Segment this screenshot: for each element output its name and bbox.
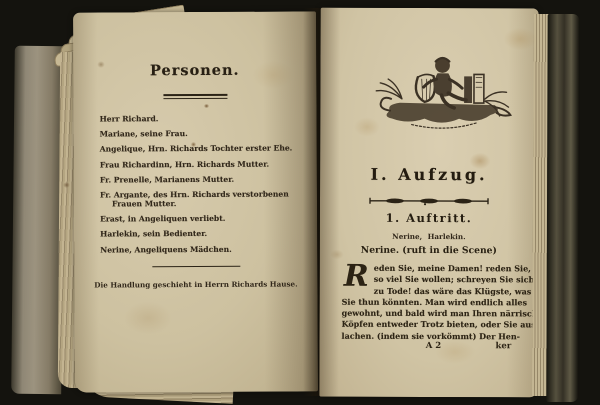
act-heading: I. Aufzug. bbox=[320, 165, 538, 185]
book-cover-left bbox=[11, 46, 65, 395]
drop-cap-initial: R bbox=[344, 262, 369, 292]
character-entry: Frau Richardinn, Hrn. Richards Mutter. bbox=[100, 159, 303, 169]
speech-line: zu Tode! das wäre das Klügste, was bbox=[342, 285, 540, 297]
putto-vignette-icon bbox=[370, 48, 518, 141]
speech-paragraph: R eden Sie, meine Damen! reden Sie, so v… bbox=[342, 263, 540, 343]
setting-note: Die Handlung geschieht in Herrn Richards… bbox=[74, 279, 317, 289]
left-page: Personen. Herr Richard. Mariane, seine F… bbox=[73, 11, 318, 392]
character-entry: Herr Richard. bbox=[100, 113, 303, 123]
separator-rule bbox=[152, 266, 240, 267]
character-entry: Mariane, seine Frau. bbox=[100, 129, 303, 139]
speech-line: eden Sie, meine Damen! reden Sie, bbox=[342, 263, 540, 275]
book-photo: Personen. Herr Richard. Mariane, seine F… bbox=[0, 0, 600, 405]
double-rule bbox=[163, 94, 227, 99]
character-entry: Angelique, Hrn. Richards Tochter erster … bbox=[100, 144, 303, 154]
scene-characters: Nerine, Harlekin. bbox=[320, 232, 538, 242]
catchword: ker bbox=[495, 341, 511, 351]
speech-line: Köpfen entweder Trotz bieten, oder Sie a… bbox=[342, 319, 540, 331]
speech-line: gewohnt, und bald wird man Ihren närrisc… bbox=[342, 308, 540, 320]
page-footer: A 2 ker bbox=[319, 341, 537, 354]
scene-heading: 1. Auftritt. bbox=[320, 211, 538, 226]
speech-line: Sie thun könnten. Man wird endlich alles bbox=[342, 297, 540, 309]
speaker-stage-direction: Nerine. (ruft in die Scene) bbox=[320, 245, 538, 257]
character-entry: Harlekin, sein Bedienter. bbox=[100, 229, 303, 239]
right-page: I. Aufzug. 1. Auftritt. Nerine, Harlekin… bbox=[319, 8, 538, 398]
signature-mark: A 2 bbox=[411, 341, 455, 351]
ornamental-rule-icon bbox=[367, 196, 491, 206]
speech-line: so viel Sie wollen; schreyen Sie sich bbox=[342, 274, 540, 286]
character-entry: Fr. Argante, des Hrn. Richards verstorbe… bbox=[100, 189, 303, 208]
character-list: Herr Richard. Mariane, seine Frau. Angel… bbox=[100, 113, 304, 260]
character-entry: Fr. Prenelle, Marianens Mutter. bbox=[100, 174, 303, 184]
dramatis-personae-title: Personen. bbox=[73, 61, 316, 79]
character-entry: Erast, in Angeliquen verliebt. bbox=[100, 214, 303, 224]
character-entry: Nerine, Angeliquens Mädchen. bbox=[100, 244, 303, 254]
book-cover-right bbox=[546, 14, 579, 402]
